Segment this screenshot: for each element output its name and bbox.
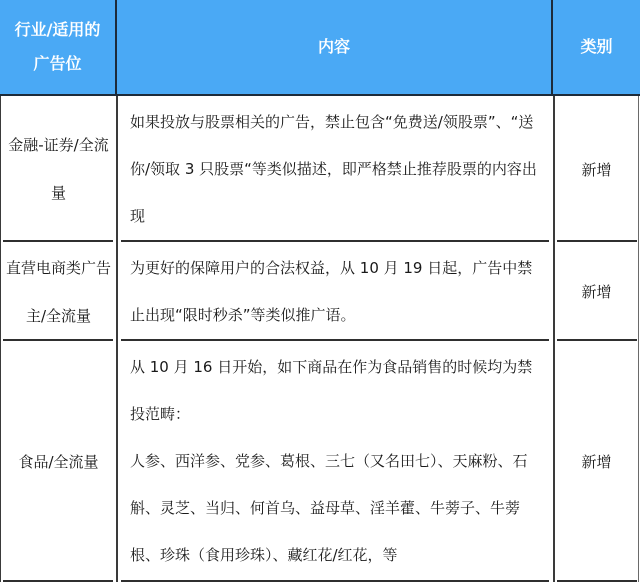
content-cell: 从 10 月 16 日开始，如下商品在作为食品销售的时候均为禁投范畴： 人参、西… (117, 341, 553, 582)
industry-cell: 金融-证券/全流量 (0, 96, 117, 242)
table-row: 直营电商类广告主/全流量 为更好的保障用户的合法权益，从 10 月 19 日起，… (0, 242, 640, 341)
content-cell: 如果投放与股票相关的广告，禁止包含“免费送/领股票”、“送你/领取 3 只股票“… (117, 96, 553, 242)
table-row: 食品/全流量 从 10 月 16 日开始，如下商品在作为食品销售的时候均为禁投范… (0, 341, 640, 582)
header-industry: 行业/适用的 广告位 (0, 0, 117, 94)
header-industry-line2: 广告位 (15, 47, 101, 81)
category-cell: 新增 (553, 96, 640, 242)
header-content: 内容 (117, 0, 553, 94)
table-row: 金融-证券/全流量 如果投放与股票相关的广告，禁止包含“免费送/领股票”、“送你… (0, 96, 640, 242)
header-industry-line1: 行业/适用的 (15, 13, 101, 47)
category-cell: 新增 (553, 242, 640, 341)
ad-policy-table: 行业/适用的 广告位 内容 类别 金融-证券/全流量 如果投放与股票相关的广告，… (0, 0, 640, 582)
content-cell: 为更好的保障用户的合法权益，从 10 月 19 日起，广告中禁止出现“限时秒杀”… (117, 242, 553, 341)
header-category: 类别 (553, 0, 640, 94)
industry-cell: 直营电商类广告主/全流量 (0, 242, 117, 341)
industry-cell: 食品/全流量 (0, 341, 117, 582)
table-header: 行业/适用的 广告位 内容 类别 (0, 0, 640, 96)
content-banned-list: 人参、西洋参、党参、葛根、三七（又名田七）、天麻粉、石斛、灵芝、当归、何首乌、益… (130, 438, 547, 579)
content-intro: 从 10 月 16 日开始，如下商品在作为食品销售的时候均为禁投范畴： (130, 344, 547, 438)
category-cell: 新增 (553, 341, 640, 582)
